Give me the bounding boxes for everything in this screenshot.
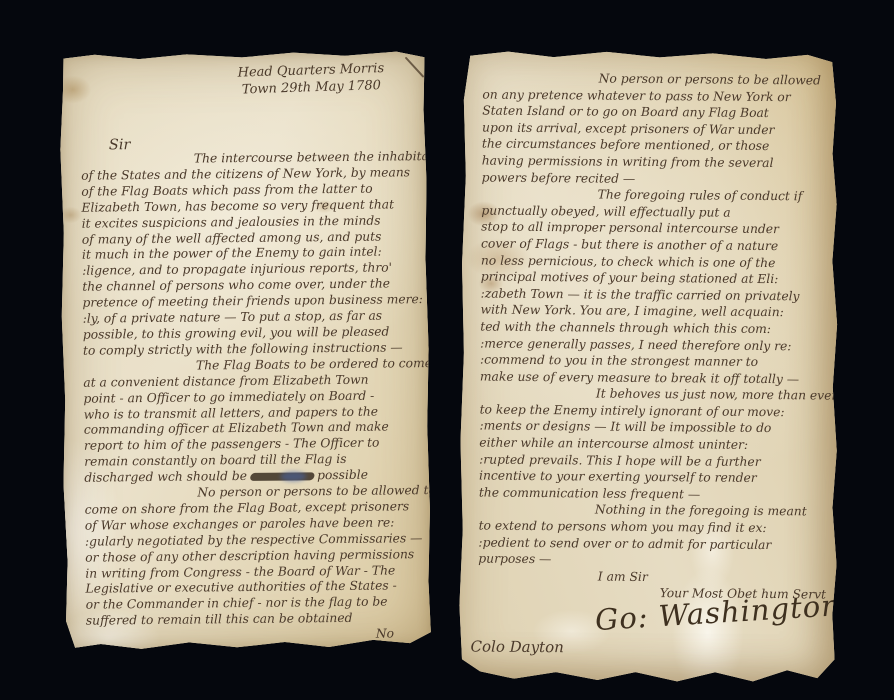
addressee: Colo Dayton [470,637,563,656]
body-paragraph: It behoves us just now, more than ever,t… [479,385,832,504]
letter-heading: Head Quarters MorrisTown 29th May 1780 [216,59,407,99]
strike-line-post: possible [317,468,368,483]
letter-body-right: No person or persons to be allowedon any… [478,70,835,604]
catchword: No [86,626,428,645]
body-paragraph: The intercourse between the inhabitantso… [81,149,425,359]
body-paragraph: The foregoing rules of conduct ifpunctua… [480,186,834,388]
pen-mark [405,57,425,78]
body-paragraph: The Flag Boats to be ordered to come to,… [83,356,426,471]
letter-page-left: Head Quarters MorrisTown 29th May 1780 S… [58,50,432,651]
letter-body-left: The intercourse between the inhabitantso… [81,149,428,646]
strike-line-pre: discharged wch should be [84,469,247,485]
body-paragraph: No person or persons to be allowed tocom… [84,483,427,630]
letter-page-right: No person or persons to be allowedon any… [457,49,842,684]
salutation: Sir [109,137,131,153]
body-paragraph: No person or persons to be allowedon any… [482,70,835,189]
photo-background: Head Quarters MorrisTown 29th May 1780 S… [0,0,894,700]
body-paragraph: Nothing in the foregoing is meantto exte… [478,501,831,570]
